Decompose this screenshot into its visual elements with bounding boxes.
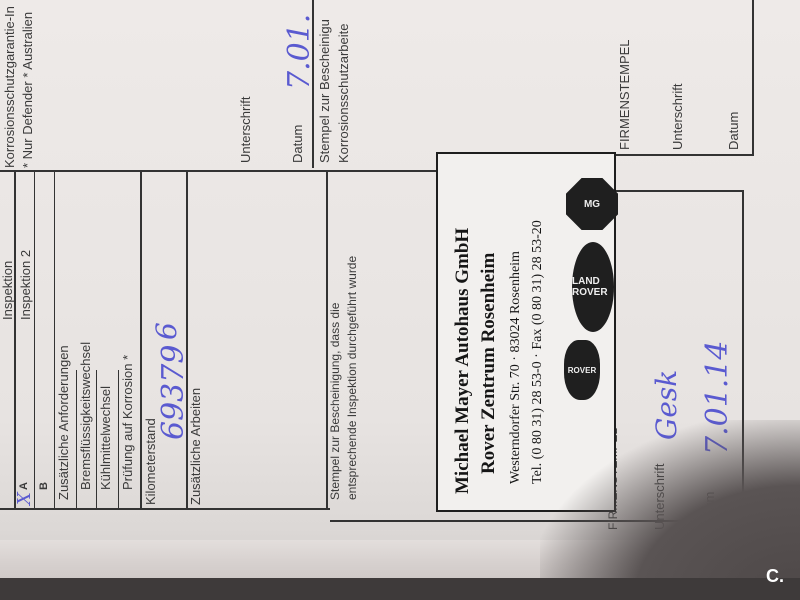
korrosion-heading: Korrosionsschutzgarantie-In <box>2 6 17 168</box>
stamp-label-korrosion-2: Korrosionsschutzarbeite <box>336 24 351 163</box>
item-bremsfluessigkeit: Bremsflüssigkeitswechsel <box>78 342 93 490</box>
dealer-name: Michael Mayer Autohaus GmbH <box>452 228 474 494</box>
stamp-label-korrosion-1: Stempel zur Bescheinigu <box>317 19 332 163</box>
divider <box>612 190 744 192</box>
checkmark-a[interactable]: X <box>14 492 35 505</box>
rover-logo: ROVER <box>564 340 600 400</box>
footnote-defender: * Nur Defender * Australien <box>20 12 35 168</box>
handwritten-date-upper: 7.01. <box>282 14 317 90</box>
item-kuehlmittel: Kühlmittelwechsel <box>98 386 113 490</box>
row-b-label: B <box>38 482 50 490</box>
divider <box>54 170 55 508</box>
background-strip <box>0 578 800 600</box>
dealer-address: Westerndorfer Str. 70 · 83024 Rosenheim <box>508 251 524 484</box>
shadow <box>540 420 800 600</box>
kilometerstand-value[interactable]: 69379 <box>156 345 191 440</box>
watermark-logo: C. <box>766 566 784 587</box>
divider <box>96 370 97 508</box>
zusatz-arbeiten-label: Zusätzliche Arbeiten <box>188 388 203 505</box>
divider <box>34 170 35 508</box>
land-rover-logo: LAND ROVER <box>572 242 614 332</box>
divider <box>0 508 330 510</box>
inspektion-2-label: Inspektion 2 <box>18 250 33 320</box>
divider <box>752 0 754 155</box>
divider <box>14 170 16 508</box>
unterschrift-label-upper-right: Unterschrift <box>670 84 685 150</box>
divider <box>118 370 119 508</box>
inspektion-1-label: Inspektion <box>0 261 15 320</box>
firmenstempel-upper: FIRMENSTEMPEL <box>617 39 632 150</box>
row-a-label: A <box>18 482 30 490</box>
datum-label-upper-right: Datum <box>726 112 741 150</box>
dealer-subtitle: Rover Zentrum Rosenheim <box>478 253 500 474</box>
divider <box>140 170 142 508</box>
kilometerstand-suffix: 6 <box>150 322 183 340</box>
divider <box>0 170 440 172</box>
stamp-caption-line1: Stempel zur Bescheinigung, dass die <box>328 303 342 500</box>
datum-label: Datum <box>290 125 305 163</box>
zusatz-anforderungen-heading: Zusätzliche Anforderungen <box>56 345 71 500</box>
item-korrosion: Prüfung auf Korrosion * <box>120 355 135 490</box>
stamp-caption-line2: entsprechende Inspektion durchgeführt wu… <box>345 256 359 500</box>
unterschrift-label: Unterschrift <box>238 97 253 163</box>
mg-logo: MG <box>566 178 618 230</box>
divider <box>612 154 754 156</box>
divider <box>76 370 77 508</box>
